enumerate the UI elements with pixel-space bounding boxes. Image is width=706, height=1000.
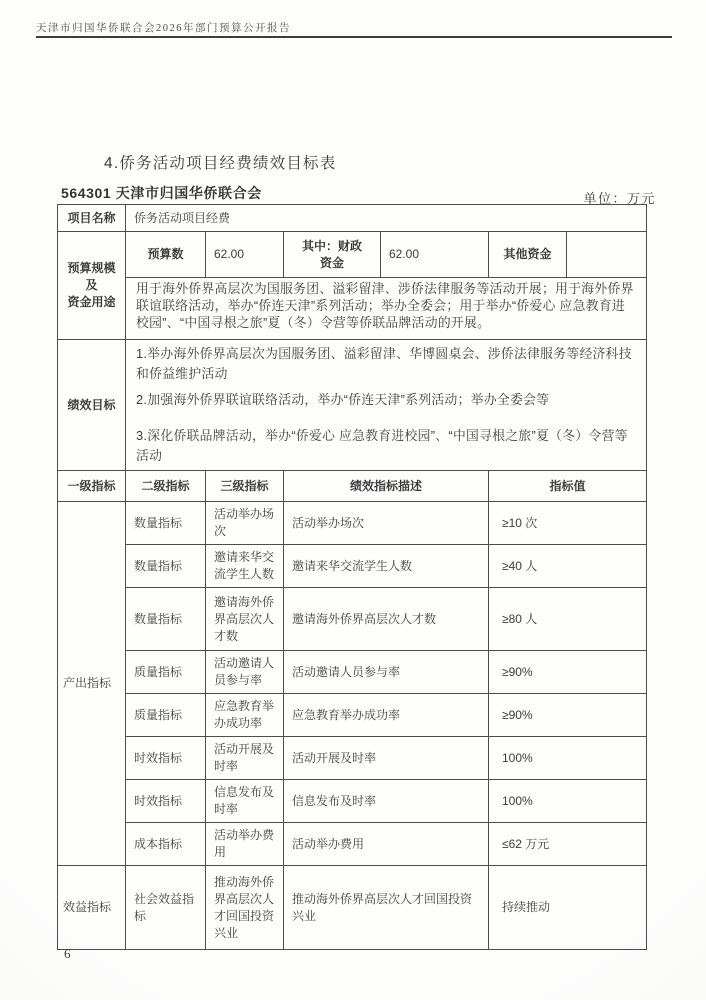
- level3-cell: 邀请来华交 流学生人数: [206, 545, 284, 588]
- table-row: 项目名称 侨务活动项目经费: [58, 205, 647, 232]
- level1-benefit: 效益指标: [58, 866, 126, 950]
- other-fund-label: 其他资金: [489, 232, 567, 278]
- document-header-text: 天津市归国华侨联合会2026年部门预算公开报告: [36, 20, 636, 35]
- level3-cell: 邀请海外侨 界高层次人 才数: [206, 588, 284, 651]
- description-cell: 邀请来华交流学生人数: [284, 545, 489, 588]
- description-cell: 活动举办场次: [284, 502, 489, 545]
- description-cell: 推动海外侨界高层次人才回国投资 兴业: [284, 866, 489, 950]
- value-cell: 100%: [489, 780, 647, 823]
- header-level3: 三级指标: [206, 471, 284, 502]
- value-cell: ≥10 次: [489, 502, 647, 545]
- level2-cell: 社会效益指 标: [126, 866, 206, 950]
- level3-cell: 活动举办场 次: [206, 502, 284, 545]
- value-cell: 持续推动: [489, 866, 647, 950]
- header-divider: [36, 36, 672, 38]
- level3-cell: 应急教育举 办成功率: [206, 694, 284, 737]
- level1-output: 产出指标: [58, 502, 126, 866]
- performance-goal-label: 绩效目标: [58, 340, 126, 471]
- description-cell: 活动邀请人员参与率: [284, 651, 489, 694]
- project-name-value: 侨务活动项目经费: [126, 205, 647, 232]
- goal-item-2: 2.加强海外侨界联谊联络活动，举办“侨连天津”系列活动；举办全委会等: [136, 390, 636, 410]
- level3-cell: 活动举办费 用: [206, 823, 284, 866]
- indicator-row: 数量指标 邀请来华交 流学生人数 邀请来华交流学生人数 ≥40 人: [58, 545, 647, 588]
- level2-cell: 数量指标: [126, 545, 206, 588]
- table-row: 用于海外侨界高层次为国服务团、溢彩留津、涉侨法律服务等活动开展；用于海外侨界联谊…: [58, 278, 647, 340]
- level2-cell: 时效指标: [126, 780, 206, 823]
- performance-goal-text: 1.举办海外侨界高层次为国服务团、溢彩留津、华博圆桌会、涉侨法律服务等经济科技和…: [126, 340, 647, 471]
- level2-cell: 质量指标: [126, 694, 206, 737]
- header-level1: 一级指标: [58, 471, 126, 502]
- description-cell: 邀请海外侨界高层次人才数: [284, 588, 489, 651]
- description-cell: 活动开展及时率: [284, 737, 489, 780]
- description-cell: 活动举办费用: [284, 823, 489, 866]
- budget-amount-value: 62.00: [206, 232, 284, 278]
- indicator-row: 数量指标 邀请海外侨 界高层次人 才数 邀请海外侨界高层次人才数 ≥80 人: [58, 588, 647, 651]
- value-cell: ≤62 万元: [489, 823, 647, 866]
- description-cell: 信息发布及时率: [284, 780, 489, 823]
- page-number: 6: [64, 946, 71, 962]
- value-cell: ≥40 人: [489, 545, 647, 588]
- indicator-row: 质量指标 应急教育举 办成功率 应急教育举办成功率 ≥90%: [58, 694, 647, 737]
- level3-cell: 信息发布及 时率: [206, 780, 284, 823]
- level3-cell: 推动海外侨 界高层次人 才回国投资 兴业: [206, 866, 284, 950]
- budget-amount-label: 预算数: [126, 232, 206, 278]
- indicator-row: 时效指标 活动开展及 时率 活动开展及时率 100%: [58, 737, 647, 780]
- fund-usage-text: 用于海外侨界高层次为国服务团、溢彩留津、涉侨法律服务等活动开展；用于海外侨界联谊…: [126, 278, 647, 340]
- level2-cell: 数量指标: [126, 588, 206, 651]
- level3-cell: 活动开展及 时率: [206, 737, 284, 780]
- level2-cell: 成本指标: [126, 823, 206, 866]
- value-cell: ≥80 人: [489, 588, 647, 651]
- value-cell: ≥90%: [489, 694, 647, 737]
- project-name-label: 项目名称: [58, 205, 126, 232]
- indicator-row: 效益指标 社会效益指 标 推动海外侨 界高层次人 才回国投资 兴业 推动海外侨界…: [58, 866, 647, 950]
- performance-target-table: 项目名称 侨务活动项目经费 预算规模及 资金用途 预算数 62.00 其中：财政…: [57, 204, 647, 950]
- level2-cell: 质量指标: [126, 651, 206, 694]
- indicator-row: 时效指标 信息发布及 时率 信息发布及时率 100%: [58, 780, 647, 823]
- fiscal-fund-label: 其中：财政 资金: [284, 232, 381, 278]
- header-description: 绩效指标描述: [284, 471, 489, 502]
- indicator-row: 成本指标 活动举办费 用 活动举办费用 ≤62 万元: [58, 823, 647, 866]
- indicator-row: 产出指标 数量指标 活动举办场 次 活动举办场次 ≥10 次: [58, 502, 647, 545]
- goal-item-3: 3.深化侨联品牌活动，举办“侨爱心 应急教育进校园”、“中国寻根之旅”夏（冬）令…: [136, 426, 636, 466]
- value-cell: 100%: [489, 737, 647, 780]
- goal-item-1: 1.举办海外侨界高层次为国服务团、溢彩留津、华博圆桌会、涉侨法律服务等经济科技和…: [136, 344, 636, 384]
- level3-cell: 活动邀请人 员参与率: [206, 651, 284, 694]
- header-value: 指标值: [489, 471, 647, 502]
- description-cell: 应急教育举办成功率: [284, 694, 489, 737]
- header-level2: 二级指标: [126, 471, 206, 502]
- org-code-name: 564301 天津市归国华侨联合会: [61, 183, 262, 203]
- level2-cell: 时效指标: [126, 737, 206, 780]
- table-row: 绩效目标 1.举办海外侨界高层次为国服务团、溢彩留津、华博圆桌会、涉侨法律服务等…: [58, 340, 647, 471]
- indicator-header-row: 一级指标 二级指标 三级指标 绩效指标描述 指标值: [58, 471, 647, 502]
- indicator-row: 质量指标 活动邀请人 员参与率 活动邀请人员参与率 ≥90%: [58, 651, 647, 694]
- page-title: 4.侨务活动项目经费绩效目标表: [104, 151, 336, 173]
- budget-section-label: 预算规模及 资金用途: [58, 232, 126, 340]
- value-cell: ≥90%: [489, 651, 647, 694]
- fiscal-fund-value: 62.00: [381, 232, 489, 278]
- other-fund-value: [567, 232, 647, 278]
- table-row: 预算规模及 资金用途 预算数 62.00 其中：财政 资金 62.00 其他资金: [58, 232, 647, 278]
- level2-cell: 数量指标: [126, 502, 206, 545]
